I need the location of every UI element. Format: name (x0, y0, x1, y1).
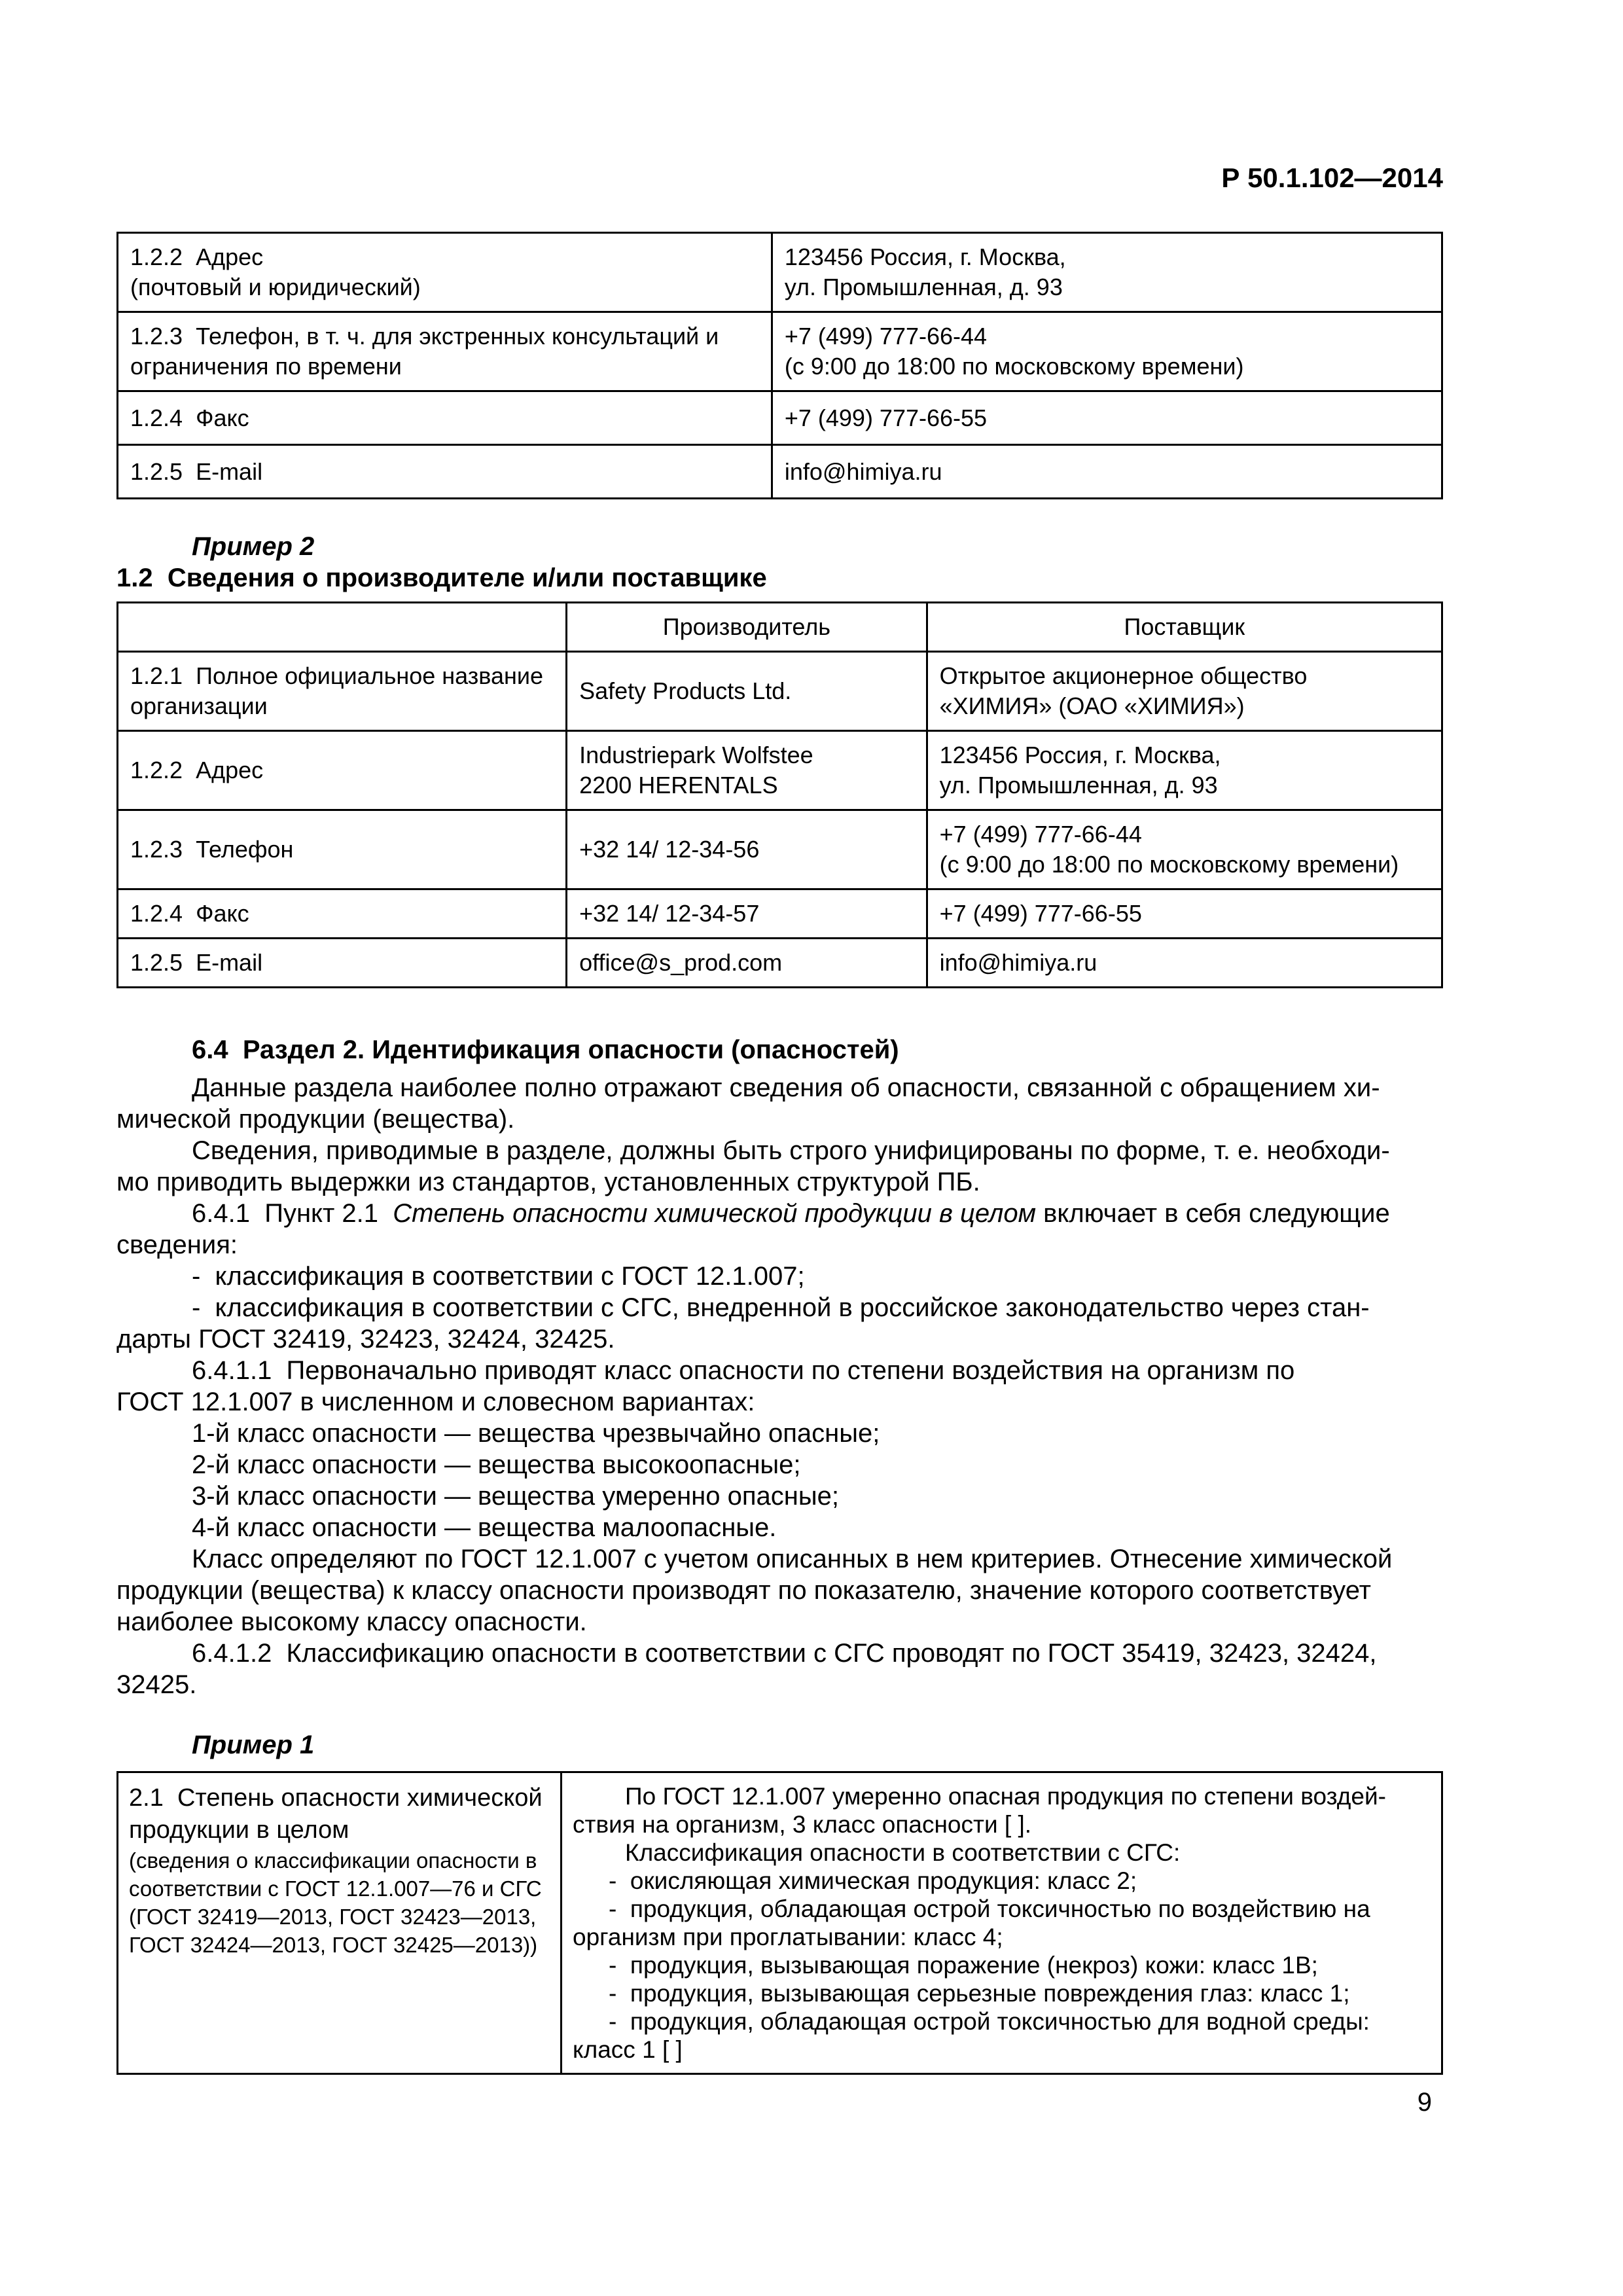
hazard-item-title: 2.1 Степень опасности химической продукц… (129, 1782, 550, 1846)
standard-number: Р 50.1.102—2014 (116, 162, 1443, 194)
section-6-4: 6.4 Раздел 2. Идентификация опасности (о… (116, 1034, 1443, 1700)
row-label: 1.2.3 Телефон (118, 810, 567, 889)
hazard-paragraph: По ГОСТ 12.1.007 умеренно опасная продук… (573, 1782, 1431, 1839)
page-number: 9 (1418, 2087, 1432, 2118)
row-label: 1.2.4 Факс (118, 889, 567, 939)
example-1-caption: Пример 1 (116, 1729, 1443, 1761)
list-item: - классификация в соответствии с ГОСТ 12… (116, 1261, 1443, 1292)
row-label: 1.2.1 Полное официальное название органи… (118, 652, 567, 731)
row-label: 1.2.2 Адрес (118, 731, 567, 810)
column-header: Производитель (567, 603, 927, 652)
paragraph: Класс определяют по ГОСТ 12.1.007 с учет… (116, 1543, 1443, 1638)
column-header (118, 603, 567, 652)
table-row: 1.2.4 Факс +7 (499) 777-66-55 (118, 391, 1442, 445)
hazard-list-item: - продукция, обладающая острой токсичнос… (573, 1895, 1431, 1951)
table-row: 1.2.4 Факс +32 14/ 12-34-57 +7 (499) 777… (118, 889, 1442, 939)
supplier-cell: +7 (499) 777-66-55 (927, 889, 1442, 939)
hazard-item-cell: 2.1 Степень опасности химической продукц… (118, 1772, 562, 2074)
paragraph: Данные раздела наиболее полно отражают с… (116, 1072, 1443, 1135)
manufacturer-cell: Safety Products Ltd. (567, 652, 927, 731)
row-label: 1.2.4 Факс (118, 391, 772, 445)
row-label: 1.2.5 E-mail (118, 445, 772, 499)
row-value: +7 (499) 777-66-55 (772, 391, 1442, 445)
table-row: 2.1 Степень опасности химической продукц… (118, 1772, 1442, 2074)
table-row: 1.2.2 Адрес (почтовый и юридический) 123… (118, 233, 1442, 312)
table-row: 1.2.3 Телефон, в т. ч. для экстренных ко… (118, 312, 1442, 391)
hazard-item-note: (сведения о классификации опасности в со… (129, 1846, 550, 1959)
document-page: Р 50.1.102—2014 1.2.2 Адрес (почтовый и … (0, 0, 1623, 2296)
paragraph-6-4-1-1: 6.4.1.1 Первоначально приводят класс опа… (116, 1355, 1443, 1418)
manufacturer-cell: +32 14/ 12-34-56 (567, 810, 927, 889)
hazard-list-item: - продукция, обладающая острой токсичнос… (573, 2007, 1431, 2064)
table-row: 1.2.3 Телефон +32 14/ 12-34-56 +7 (499) … (118, 810, 1442, 889)
table-row: 1.2.2 Адрес Industriepark Wolfstee 2200 … (118, 731, 1442, 810)
manufacturer-cell: Industriepark Wolfstee 2200 HERENTALS (567, 731, 927, 810)
paragraph: Сведения, приводимые в разделе, должны б… (116, 1135, 1443, 1198)
hazard-class-line: 2-й класс опасности — вещества высокоопа… (116, 1449, 1443, 1480)
section-6-4-heading: 6.4 Раздел 2. Идентификация опасности (о… (116, 1034, 1443, 1066)
supplier-cell: 123456 Россия, г. Москва, ул. Промышленн… (927, 731, 1442, 810)
table-row: 1.2.5 E-mail office@s_prod.com info@himi… (118, 939, 1442, 988)
supplier-cell: Открытое акционерное общество «ХИМИЯ» (О… (927, 652, 1442, 731)
hazard-list-item: - продукция, вызывающая серьезные повреж… (573, 1979, 1431, 2007)
row-value: info@himiya.ru (772, 445, 1442, 499)
row-label: 1.2.2 Адрес (почтовый и юридический) (118, 233, 772, 312)
hazard-description-cell: По ГОСТ 12.1.007 умеренно опасная продук… (562, 1772, 1442, 2074)
table-header-row: Производитель Поставщик (118, 603, 1442, 652)
row-value: 123456 Россия, г. Москва, ул. Промышленн… (772, 233, 1442, 312)
paragraph-italic-text: Степень опасности химической продукции в… (393, 1199, 1036, 1228)
hazard-class-line: 1-й класс опасности — вещества чрезвычай… (116, 1418, 1443, 1449)
hazard-degree-example-table: 2.1 Степень опасности химической продукц… (116, 1771, 1443, 2075)
hazard-list-item: - окисляющая химическая продукция: класс… (573, 1867, 1431, 1895)
hazard-paragraph: Классификация опасности в соответствии с… (573, 1839, 1431, 1867)
hazard-class-line: 3-й класс опасности — вещества умеренно … (116, 1480, 1443, 1512)
list-item: - классификация в соответствии с СГС, вн… (116, 1292, 1443, 1355)
table-row: 1.2.1 Полное официальное название органи… (118, 652, 1442, 731)
table-row: 1.2.5 E-mail info@himiya.ru (118, 445, 1442, 499)
hazard-class-line: 4-й класс опасности — вещества малоопасн… (116, 1512, 1443, 1543)
supplier-cell: +7 (499) 777-66-44 (с 9:00 до 18:00 по м… (927, 810, 1442, 889)
row-label: 1.2.3 Телефон, в т. ч. для экстренных ко… (118, 312, 772, 391)
column-header: Поставщик (927, 603, 1442, 652)
example-2-caption: Пример 2 (116, 531, 1443, 562)
row-label: 1.2.5 E-mail (118, 939, 567, 988)
manufacturer-supplier-table: Производитель Поставщик 1.2.1 Полное офи… (116, 601, 1443, 988)
row-value: +7 (499) 777-66-44 (с 9:00 до 18:00 по м… (772, 312, 1442, 391)
hazard-list-item: - продукция, вызывающая поражение (некро… (573, 1951, 1431, 1979)
manufacturer-cell: +32 14/ 12-34-57 (567, 889, 927, 939)
supplier-contact-table: 1.2.2 Адрес (почтовый и юридический) 123… (116, 232, 1443, 499)
paragraph-text: 6.4.1 Пункт 2.1 (192, 1199, 393, 1228)
supplier-cell: info@himiya.ru (927, 939, 1442, 988)
subsection-1-2-heading: 1.2 Сведения о производителе и/или поста… (116, 562, 1443, 594)
paragraph-6-4-1: 6.4.1 Пункт 2.1 Степень опасности химиче… (116, 1198, 1443, 1261)
manufacturer-cell: office@s_prod.com (567, 939, 927, 988)
paragraph-6-4-1-2: 6.4.1.2 Классификацию опасности в соотве… (116, 1638, 1443, 1700)
page-content: Р 50.1.102—2014 1.2.2 Адрес (почтовый и … (116, 0, 1443, 2075)
